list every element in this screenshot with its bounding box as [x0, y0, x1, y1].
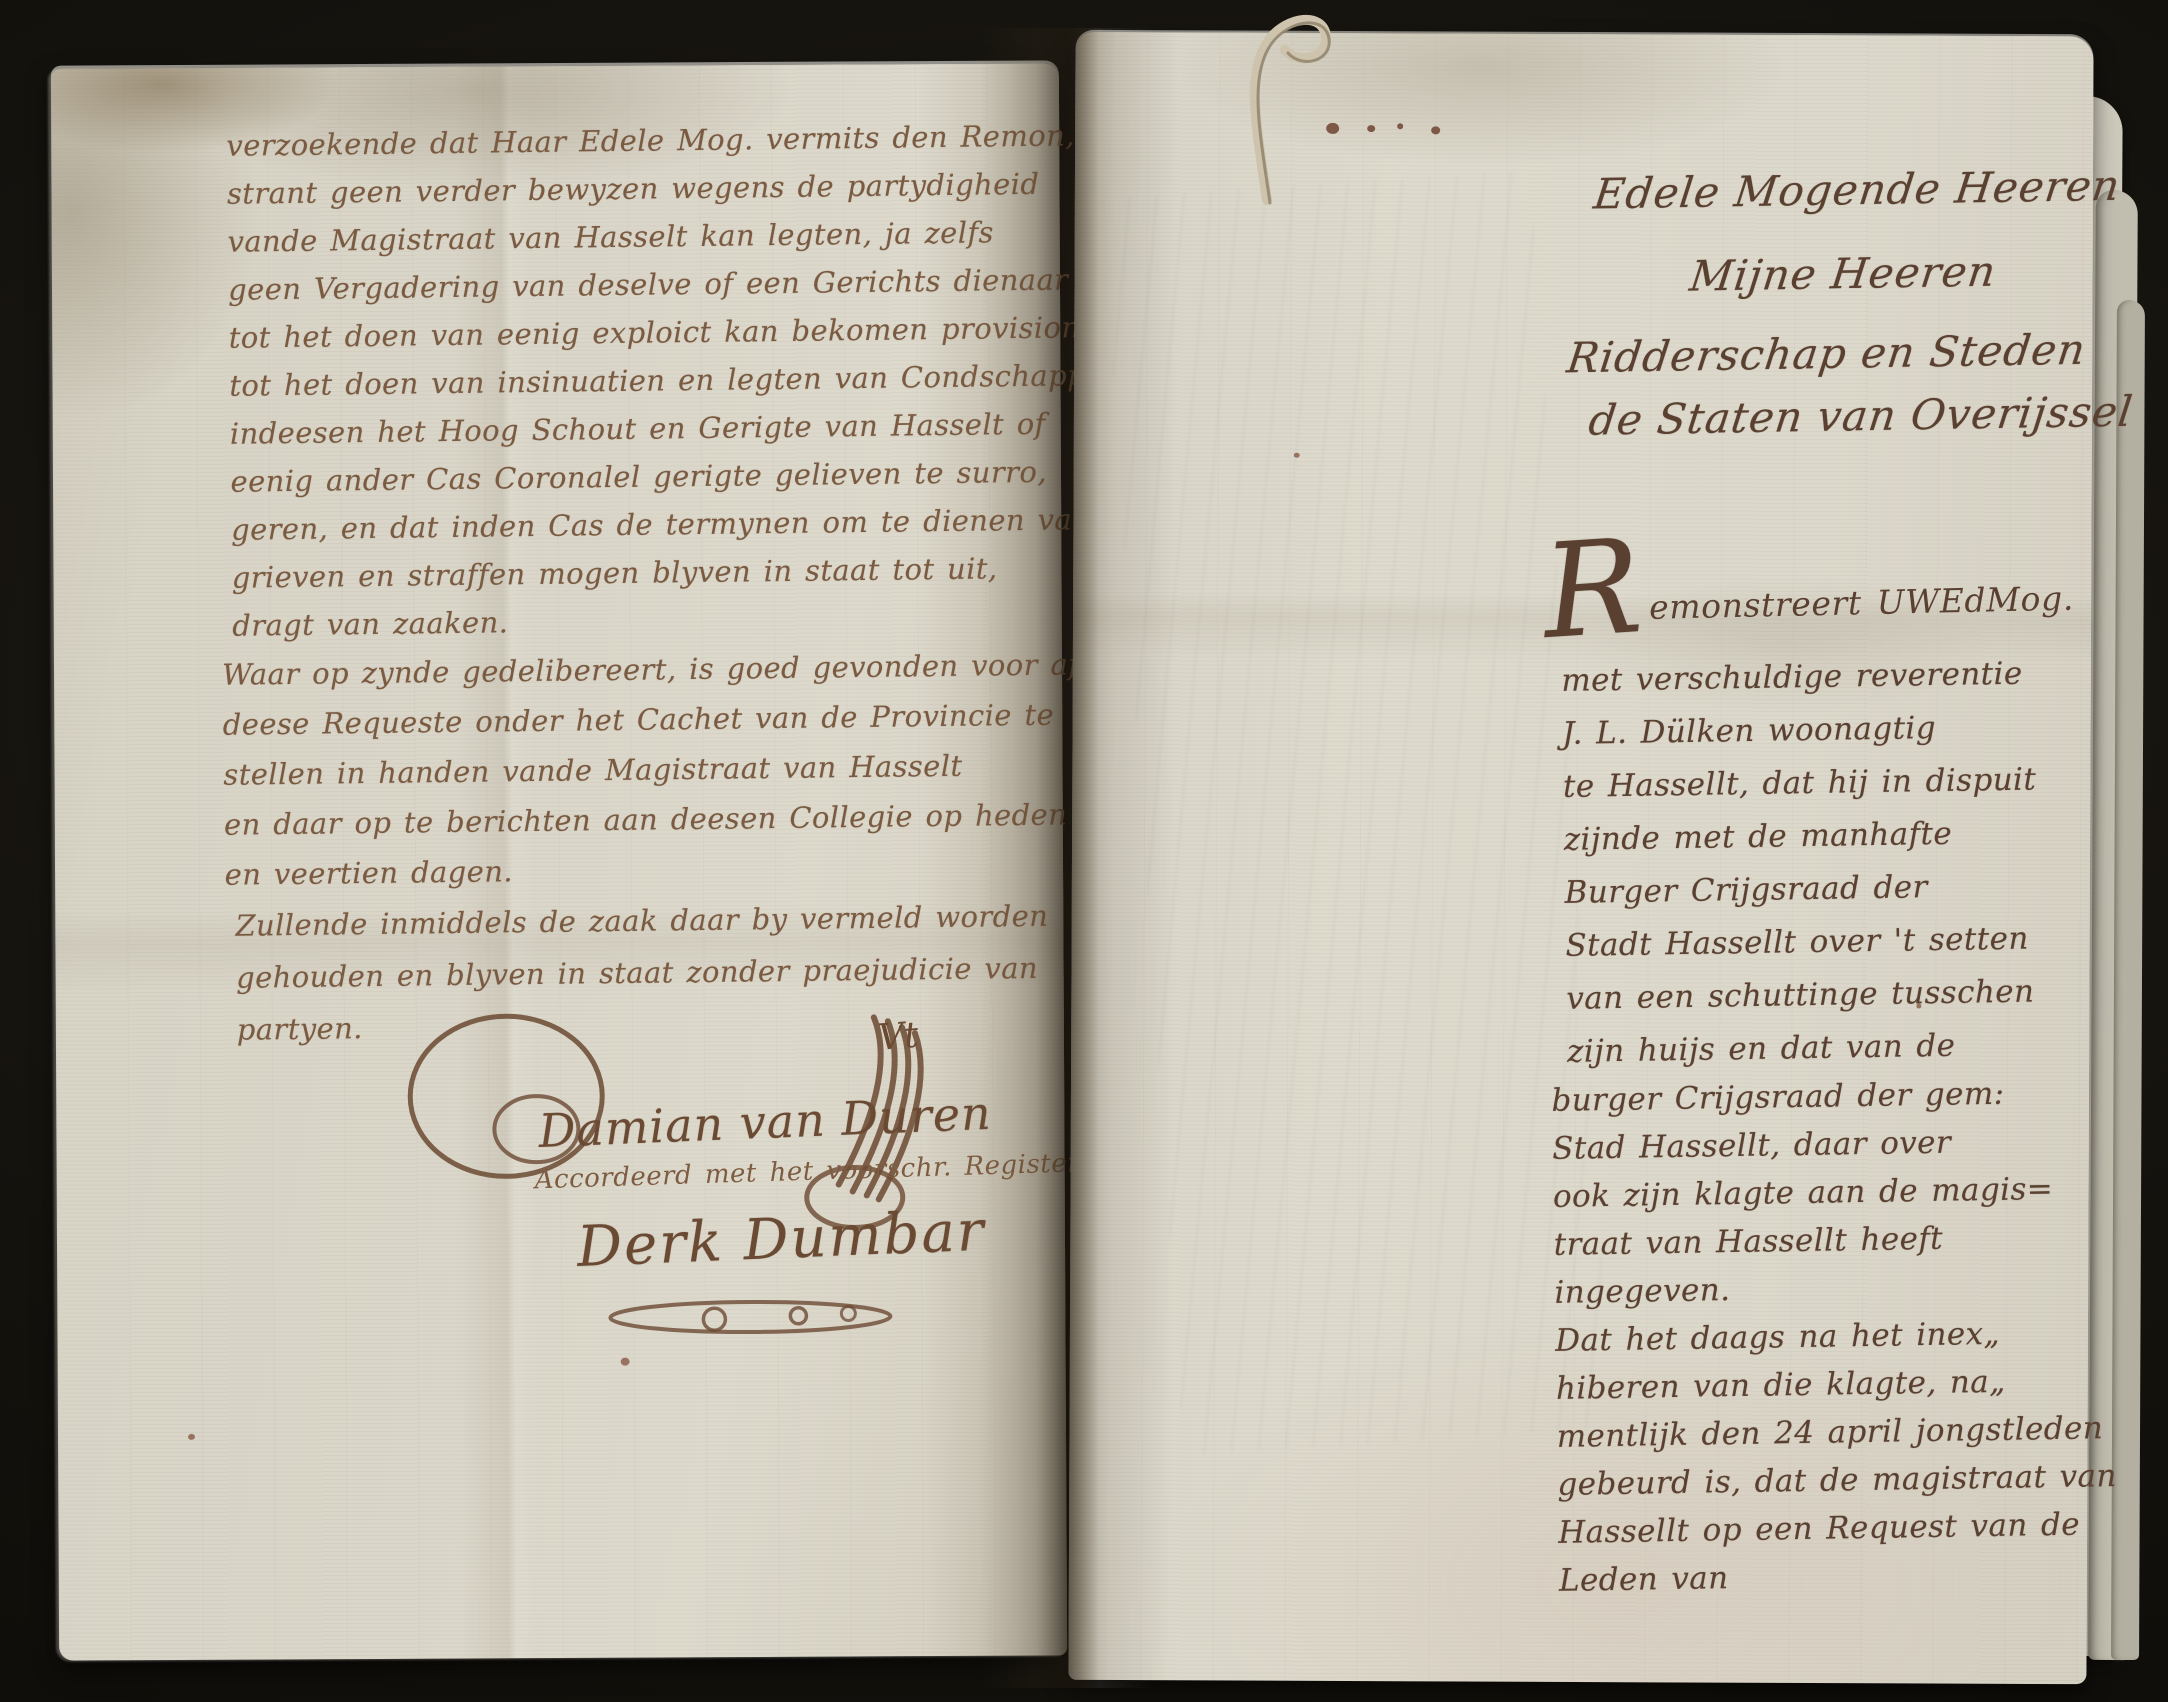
manuscript-line: zijnde met de manhafte [1563, 806, 2037, 866]
right-page: Edele Mogende Heeren Mijne Heeren Ridder… [1068, 32, 2093, 1684]
ink-dot [1431, 126, 1440, 134]
manuscript-line: traat van Hassellt heeft [1553, 1212, 2113, 1269]
left-page: verzoekende dat Haar Edele Mog. vermits … [51, 63, 1067, 1660]
manuscript-line: en daar op te berichten aan deesen Colle… [224, 789, 1082, 849]
address-line: de Staten van Overijssel [1586, 387, 2136, 445]
ink-dot [1367, 125, 1375, 132]
ink-dot [1397, 123, 1403, 129]
manuscript-line: Burger Crijgsraad der [1564, 859, 2038, 919]
petition-body-lower: burger Crijgsraad der gem:Stad Hassellt,… [1551, 1068, 2119, 1605]
petition-body-upper: met verschuldige reverentieJ. L. Dülken … [1561, 647, 2041, 1078]
manuscript-line: te Hassellt, dat hij in dispuit [1563, 753, 2037, 813]
attestation-line: Accordeerd met het voorschr. Register. [534, 1148, 1086, 1195]
ink-speck [1294, 453, 1300, 458]
binding-thread [1225, 0, 1355, 210]
manuscript-line: Dat het daags na het inex„ [1555, 1308, 2115, 1365]
opening-line: emonstreert UWEdMog. [1649, 579, 2074, 627]
manuscript-line: gebeurd is, dat de magistraat van [1557, 1452, 2117, 1509]
manuscript-line: partyen. [236, 994, 1049, 1056]
address-line: Mijne Heeren [1687, 247, 1999, 301]
signature-damian-van-duren: Damian van Duren [537, 1086, 992, 1158]
countersignature-flourish [602, 1288, 902, 1350]
manuscript-line: van een schuttinge tusschen [1566, 965, 2040, 1025]
signature-derk-dumbar: Derk Dumbar [576, 1199, 987, 1280]
manuscript-line: met verschuldige reverentie [1561, 647, 2035, 707]
manuscript-line: ingegeven. [1554, 1260, 2114, 1317]
manuscript-photograph: verzoekende dat Haar Edele Mog. vermits … [0, 0, 2168, 1702]
left-paragraph-deliberation: Waar op zynde gedelibereert, is goed gev… [222, 639, 1082, 899]
address-line: Edele Mogende Heeren [1591, 161, 2123, 219]
address-line: Ridderschap en Steden [1564, 325, 2088, 383]
manuscript-line: burger Crijgsraad der gem: [1551, 1068, 2111, 1125]
manuscript-line: ook zijn klagte aan de magis= [1553, 1164, 2113, 1221]
manuscript-line: gehouden en blyven in staat zonder praej… [236, 942, 1049, 1004]
ink-speck [621, 1358, 630, 1366]
signature-suffix: Vt [876, 1015, 919, 1059]
decorated-initial: R [1539, 521, 1645, 657]
manuscript-line: Leden van [1559, 1548, 2119, 1605]
manuscript-line: hiberen van die klagte, na„ [1556, 1356, 2116, 1413]
manuscript-line: mentlijk den 24 april jongstleden [1556, 1404, 2116, 1461]
manuscript-line: Stad Hassellt, daar over [1552, 1116, 2112, 1173]
ink-speck [1916, 1003, 1921, 1008]
left-paragraph-resolution: verzoekende dat Haar Edele Mog. vermits … [226, 111, 1129, 650]
manuscript-line: Stadt Hassellt over 't setten [1565, 912, 2039, 972]
ink-speck [188, 1434, 195, 1440]
manuscript-line: Hassellt op een Request van de [1558, 1500, 2118, 1557]
manuscript-line: J. L. Dülken woonagtig [1562, 700, 2036, 760]
left-paragraph-closing: Zullende inmiddels de zaak daar by verme… [235, 890, 1050, 1056]
ink-showthrough [1101, 170, 1612, 1455]
